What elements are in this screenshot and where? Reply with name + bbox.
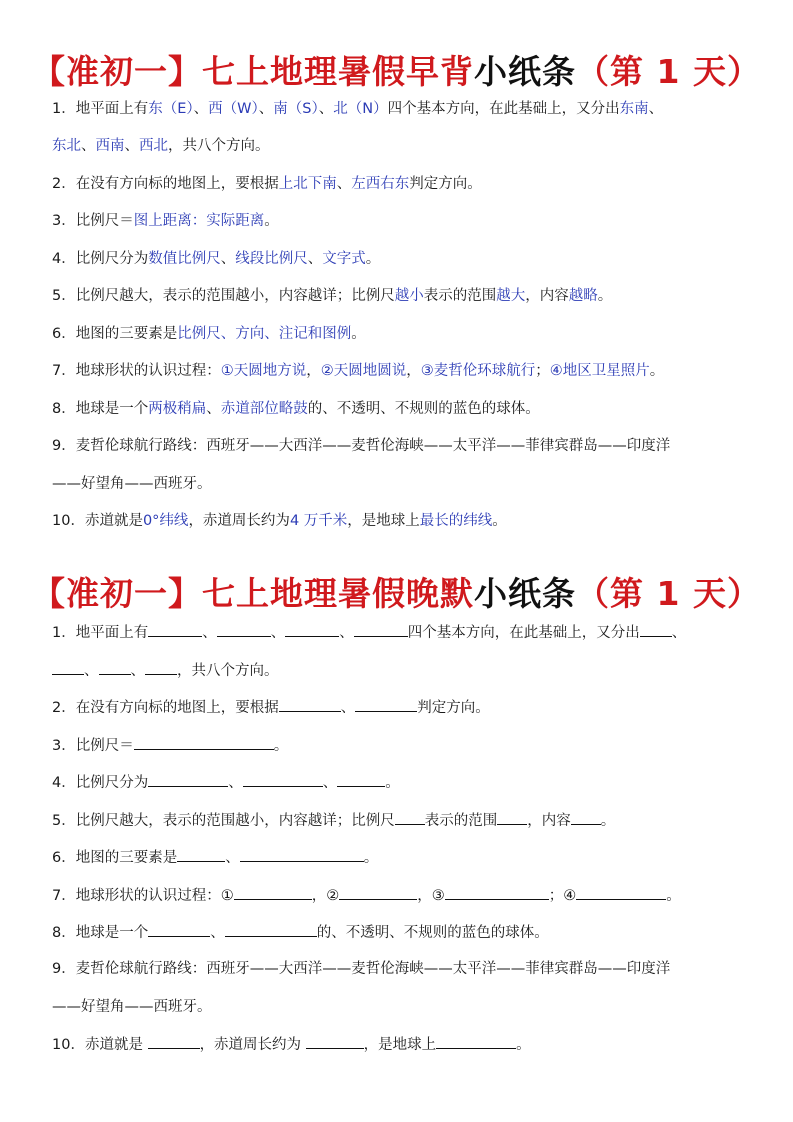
sep: 、 bbox=[672, 625, 687, 641]
text: 。 bbox=[385, 775, 400, 791]
text: 地图的三要素是 bbox=[76, 850, 178, 866]
morning-item-5: 5．比例尺越大，表示的范围越小，内容越详；比例尺越小表示的范围越大，内容越略。 bbox=[52, 286, 612, 306]
keyword: 西北 bbox=[139, 138, 168, 154]
text: ，② bbox=[312, 888, 340, 904]
evening-item-10: 10．赤道就是 ，赤道周长约为 ，是地球上。 bbox=[52, 1034, 531, 1055]
keyword: 东（E） bbox=[148, 101, 193, 117]
blank[interactable] bbox=[285, 622, 339, 637]
text: 麦哲伦球航行路线：西班牙——大西洋——麦哲伦海峡——太平洋——菲律宾群岛——印度… bbox=[76, 961, 671, 977]
text: ，③ bbox=[417, 888, 445, 904]
text: 地球形状的认识过程： bbox=[76, 363, 221, 379]
text: 比例尺越大，表示的范围越小，内容越详；比例尺 bbox=[76, 813, 395, 829]
text: 比例尺分为 bbox=[76, 775, 149, 791]
keyword: 越大 bbox=[496, 288, 525, 304]
item-number: 2． bbox=[52, 176, 76, 192]
keyword: 线段比例尺 bbox=[235, 251, 308, 267]
sep: 、 bbox=[221, 251, 236, 267]
morning-item-9: 9．麦哲伦球航行路线：西班牙——大西洋——麦哲伦海峡——太平洋——菲律宾群岛——… bbox=[52, 436, 670, 456]
text: ，内容 bbox=[527, 813, 571, 829]
keyword: 赤道部位略鼓 bbox=[221, 401, 308, 417]
blank[interactable] bbox=[134, 735, 274, 750]
keyword: 东北 bbox=[52, 138, 81, 154]
item-number: 4． bbox=[52, 775, 76, 791]
blank[interactable] bbox=[576, 885, 666, 900]
evening-item-1: 1．地平面上有、、、四个基本方向，在此基础上，又分出、 bbox=[52, 622, 686, 643]
blank[interactable] bbox=[234, 885, 312, 900]
sep: 、 bbox=[225, 850, 240, 866]
item-number: 5． bbox=[52, 288, 76, 304]
item-number: 7． bbox=[52, 888, 76, 904]
item-number: 7． bbox=[52, 363, 76, 379]
sep: 、 bbox=[81, 138, 96, 154]
evening-item-6: 6．地图的三要素是、。 bbox=[52, 847, 378, 868]
keyword: 西南 bbox=[96, 138, 125, 154]
text: 。 bbox=[650, 363, 665, 379]
text: 表示的范围 bbox=[425, 813, 498, 829]
text: 在没有方向标的地图上，要根据 bbox=[76, 176, 279, 192]
keyword: 南（S） bbox=[273, 101, 318, 117]
text: 。 bbox=[264, 213, 279, 229]
keyword: 左西右东 bbox=[351, 176, 409, 192]
sep: 、 bbox=[131, 663, 146, 679]
text: 麦哲伦球航行路线：西班牙——大西洋——麦哲伦海峡——太平洋——菲律宾群岛——印度… bbox=[76, 438, 671, 454]
text: 的、不透明、不规则的蓝色的球体。 bbox=[317, 925, 549, 941]
blank[interactable] bbox=[99, 660, 131, 675]
blank[interactable] bbox=[355, 697, 417, 712]
text: ，内容 bbox=[525, 288, 569, 304]
evening-item-9: 9．麦哲伦球航行路线：西班牙——大西洋——麦哲伦海峡——太平洋——菲律宾群岛——… bbox=[52, 959, 670, 979]
sep: 、 bbox=[337, 176, 352, 192]
text: 比例尺＝ bbox=[76, 213, 134, 229]
sep: 、 bbox=[339, 625, 354, 641]
text: ，是地球上 bbox=[364, 1037, 437, 1053]
item-number: 2． bbox=[52, 700, 76, 716]
blank[interactable] bbox=[240, 847, 364, 862]
keyword: 比例尺、方向、注记和图例 bbox=[177, 326, 351, 342]
text: 。 bbox=[351, 326, 366, 342]
item-number: 3． bbox=[52, 738, 76, 754]
blank[interactable] bbox=[217, 622, 271, 637]
text: 。 bbox=[492, 513, 507, 529]
keyword: 两极稍扁 bbox=[148, 401, 206, 417]
keyword: 北（N） bbox=[333, 101, 387, 117]
sep: 、 bbox=[228, 775, 243, 791]
sep: ； bbox=[535, 363, 550, 379]
sep: ， bbox=[406, 363, 421, 379]
blank[interactable] bbox=[571, 810, 601, 825]
evening-item-1-cont: 、、，共八个方向。 bbox=[52, 660, 279, 681]
text: 地球形状的认识过程：① bbox=[76, 888, 234, 904]
morning-item-3: 3．比例尺＝图上距离：实际距离。 bbox=[52, 211, 279, 231]
text: 。 bbox=[274, 738, 289, 754]
item-number: 4． bbox=[52, 251, 76, 267]
item-number: 1． bbox=[52, 101, 76, 117]
text: 。 bbox=[666, 888, 681, 904]
text: 。 bbox=[364, 850, 379, 866]
sep: 、 bbox=[649, 101, 664, 117]
text: 判定方向。 bbox=[409, 176, 482, 192]
text: 表示的范围 bbox=[424, 288, 497, 304]
text: 。 bbox=[516, 1037, 531, 1053]
item-number: 8． bbox=[52, 401, 76, 417]
sep: 、 bbox=[125, 138, 140, 154]
text: 比例尺＝ bbox=[76, 738, 134, 754]
evening-item-5: 5．比例尺越大，表示的范围越小，内容越详；比例尺表示的范围，内容。 bbox=[52, 810, 615, 831]
title-day-part: （第 1 天） bbox=[576, 52, 761, 91]
keyword: 图上距离：实际距离 bbox=[134, 213, 265, 229]
text: 比例尺分为 bbox=[76, 251, 149, 267]
text: ，是地球上 bbox=[347, 513, 420, 529]
text: ，赤道周长约为 bbox=[188, 513, 290, 529]
morning-item-7: 7．地球形状的认识过程：①天圆地方说，②天圆地圆说，③麦哲伦环球航行；④地区卫星… bbox=[52, 361, 664, 381]
blank[interactable] bbox=[177, 847, 225, 862]
blank[interactable] bbox=[395, 810, 425, 825]
blank[interactable] bbox=[339, 885, 417, 900]
item-number: 6． bbox=[52, 850, 76, 866]
morning-item-2: 2．在没有方向标的地图上，要根据上北下南、左西右东判定方向。 bbox=[52, 174, 482, 194]
morning-item-4: 4．比例尺分为数值比例尺、线段比例尺、文字式。 bbox=[52, 249, 380, 269]
blank[interactable] bbox=[445, 885, 549, 900]
text: 赤道就是 bbox=[85, 1037, 148, 1053]
sep: 、 bbox=[323, 775, 338, 791]
keyword: 越略 bbox=[569, 288, 598, 304]
text: 地球是一个 bbox=[76, 925, 149, 941]
text: 。 bbox=[598, 288, 613, 304]
sep: 、 bbox=[271, 625, 286, 641]
keyword: 4 万千米 bbox=[290, 513, 347, 529]
item-number: 10． bbox=[52, 513, 85, 529]
evening-item-8: 8．地球是一个、的、不透明、不规则的蓝色的球体。 bbox=[52, 922, 549, 943]
title-red-part: 【准初一】七上地理暑假晚默 bbox=[32, 574, 474, 613]
keyword: ①天圆地方说 bbox=[221, 363, 307, 379]
blank[interactable] bbox=[148, 922, 210, 937]
keyword: ④地区卫星照片 bbox=[550, 363, 650, 379]
blank[interactable] bbox=[279, 697, 341, 712]
text: 四个基本方向，在此基础上，又分出 bbox=[408, 625, 640, 641]
keyword: 数值比例尺 bbox=[148, 251, 221, 267]
text: 地球是一个 bbox=[76, 401, 149, 417]
text: ，共八个方向。 bbox=[168, 138, 270, 154]
text: ——好望角——西班牙。 bbox=[52, 476, 212, 492]
text: 判定方向。 bbox=[417, 700, 490, 716]
blank[interactable] bbox=[354, 622, 408, 637]
blank[interactable] bbox=[148, 1034, 200, 1049]
morning-item-1-cont: 东北、西南、西北，共八个方向。 bbox=[52, 136, 270, 156]
text: 。 bbox=[601, 813, 616, 829]
title-black-part: 小纸条 bbox=[474, 574, 576, 613]
title-day-part: （第 1 天） bbox=[576, 574, 761, 613]
text: 赤道就是 bbox=[85, 513, 143, 529]
morning-item-8: 8．地球是一个两极稍扁、赤道部位略鼓的、不透明、不规则的蓝色的球体。 bbox=[52, 399, 540, 419]
blank[interactable] bbox=[497, 810, 527, 825]
title-black-part: 小纸条 bbox=[474, 52, 576, 91]
item-number: 10． bbox=[52, 1037, 85, 1053]
text: ——好望角——西班牙。 bbox=[52, 999, 212, 1015]
sep: 、 bbox=[259, 101, 274, 117]
text: ，赤道周长约为 bbox=[200, 1037, 306, 1053]
evening-item-3: 3．比例尺＝。 bbox=[52, 735, 288, 756]
sep: ， bbox=[306, 363, 321, 379]
blank[interactable] bbox=[148, 622, 202, 637]
morning-item-1: 1．地平面上有东（E）、西（W）、南（S）、北（N）四个基本方向，在此基础上，又… bbox=[52, 99, 663, 119]
keyword: 西（W） bbox=[208, 101, 259, 117]
text: 的、不透明、不规则的蓝色的球体。 bbox=[308, 401, 540, 417]
keyword: 越小 bbox=[395, 288, 424, 304]
evening-item-2: 2．在没有方向标的地图上，要根据、判定方向。 bbox=[52, 697, 490, 718]
text: 四个基本方向，在此基础上，又分出 bbox=[388, 101, 620, 117]
morning-title: 【准初一】七上地理暑假早背小纸条（第 1 天） bbox=[0, 46, 793, 93]
text: 地平面上有 bbox=[76, 625, 149, 641]
blank[interactable] bbox=[145, 660, 177, 675]
sep: 、 bbox=[194, 101, 209, 117]
item-number: 9． bbox=[52, 961, 76, 977]
item-number: 9． bbox=[52, 438, 76, 454]
evening-item-4: 4．比例尺分为、、。 bbox=[52, 772, 400, 793]
text: ；④ bbox=[549, 888, 577, 904]
morning-item-10: 10．赤道就是0°纬线，赤道周长约为4 万千米，是地球上最长的纬线。 bbox=[52, 511, 507, 531]
keyword: 0°纬线 bbox=[143, 513, 188, 529]
item-number: 3． bbox=[52, 213, 76, 229]
blank[interactable] bbox=[640, 622, 672, 637]
evening-item-7: 7．地球形状的认识过程：①，②，③；④。 bbox=[52, 885, 681, 906]
blank[interactable] bbox=[225, 922, 317, 937]
sep: 、 bbox=[341, 700, 356, 716]
sep: 、 bbox=[308, 251, 323, 267]
text: 地图的三要素是 bbox=[76, 326, 178, 342]
sep: 、 bbox=[84, 663, 99, 679]
blank[interactable] bbox=[243, 772, 323, 787]
blank[interactable] bbox=[337, 772, 385, 787]
sep: 、 bbox=[206, 401, 221, 417]
item-number: 5． bbox=[52, 813, 76, 829]
evening-item-9-cont: ——好望角——西班牙。 bbox=[52, 997, 212, 1017]
keyword: ③麦哲伦环球航行 bbox=[421, 363, 536, 379]
blank[interactable] bbox=[148, 772, 228, 787]
item-number: 8． bbox=[52, 925, 76, 941]
keyword: 上北下南 bbox=[279, 176, 337, 192]
blank[interactable] bbox=[52, 660, 84, 675]
sep: 、 bbox=[210, 925, 225, 941]
text: 。 bbox=[366, 251, 381, 267]
text: ，共八个方向。 bbox=[177, 663, 279, 679]
keyword: 文字式 bbox=[322, 251, 366, 267]
text: 比例尺越大，表示的范围越小，内容越详；比例尺 bbox=[76, 288, 395, 304]
blank[interactable] bbox=[436, 1034, 516, 1049]
evening-title: 【准初一】七上地理暑假晚默小纸条（第 1 天） bbox=[0, 568, 793, 615]
keyword: ②天圆地圆说 bbox=[321, 363, 407, 379]
title-red-part: 【准初一】七上地理暑假早背 bbox=[32, 52, 474, 91]
text: 在没有方向标的地图上，要根据 bbox=[76, 700, 279, 716]
keyword: 最长的纬线 bbox=[420, 513, 493, 529]
item-number: 1． bbox=[52, 625, 76, 641]
sep: 、 bbox=[319, 101, 334, 117]
keyword: 东南 bbox=[620, 101, 649, 117]
morning-item-6: 6．地图的三要素是比例尺、方向、注记和图例。 bbox=[52, 324, 366, 344]
item-number: 6． bbox=[52, 326, 76, 342]
morning-item-9-cont: ——好望角——西班牙。 bbox=[52, 474, 212, 494]
blank[interactable] bbox=[306, 1034, 364, 1049]
text: 地平面上有 bbox=[76, 101, 149, 117]
sep: 、 bbox=[202, 625, 217, 641]
